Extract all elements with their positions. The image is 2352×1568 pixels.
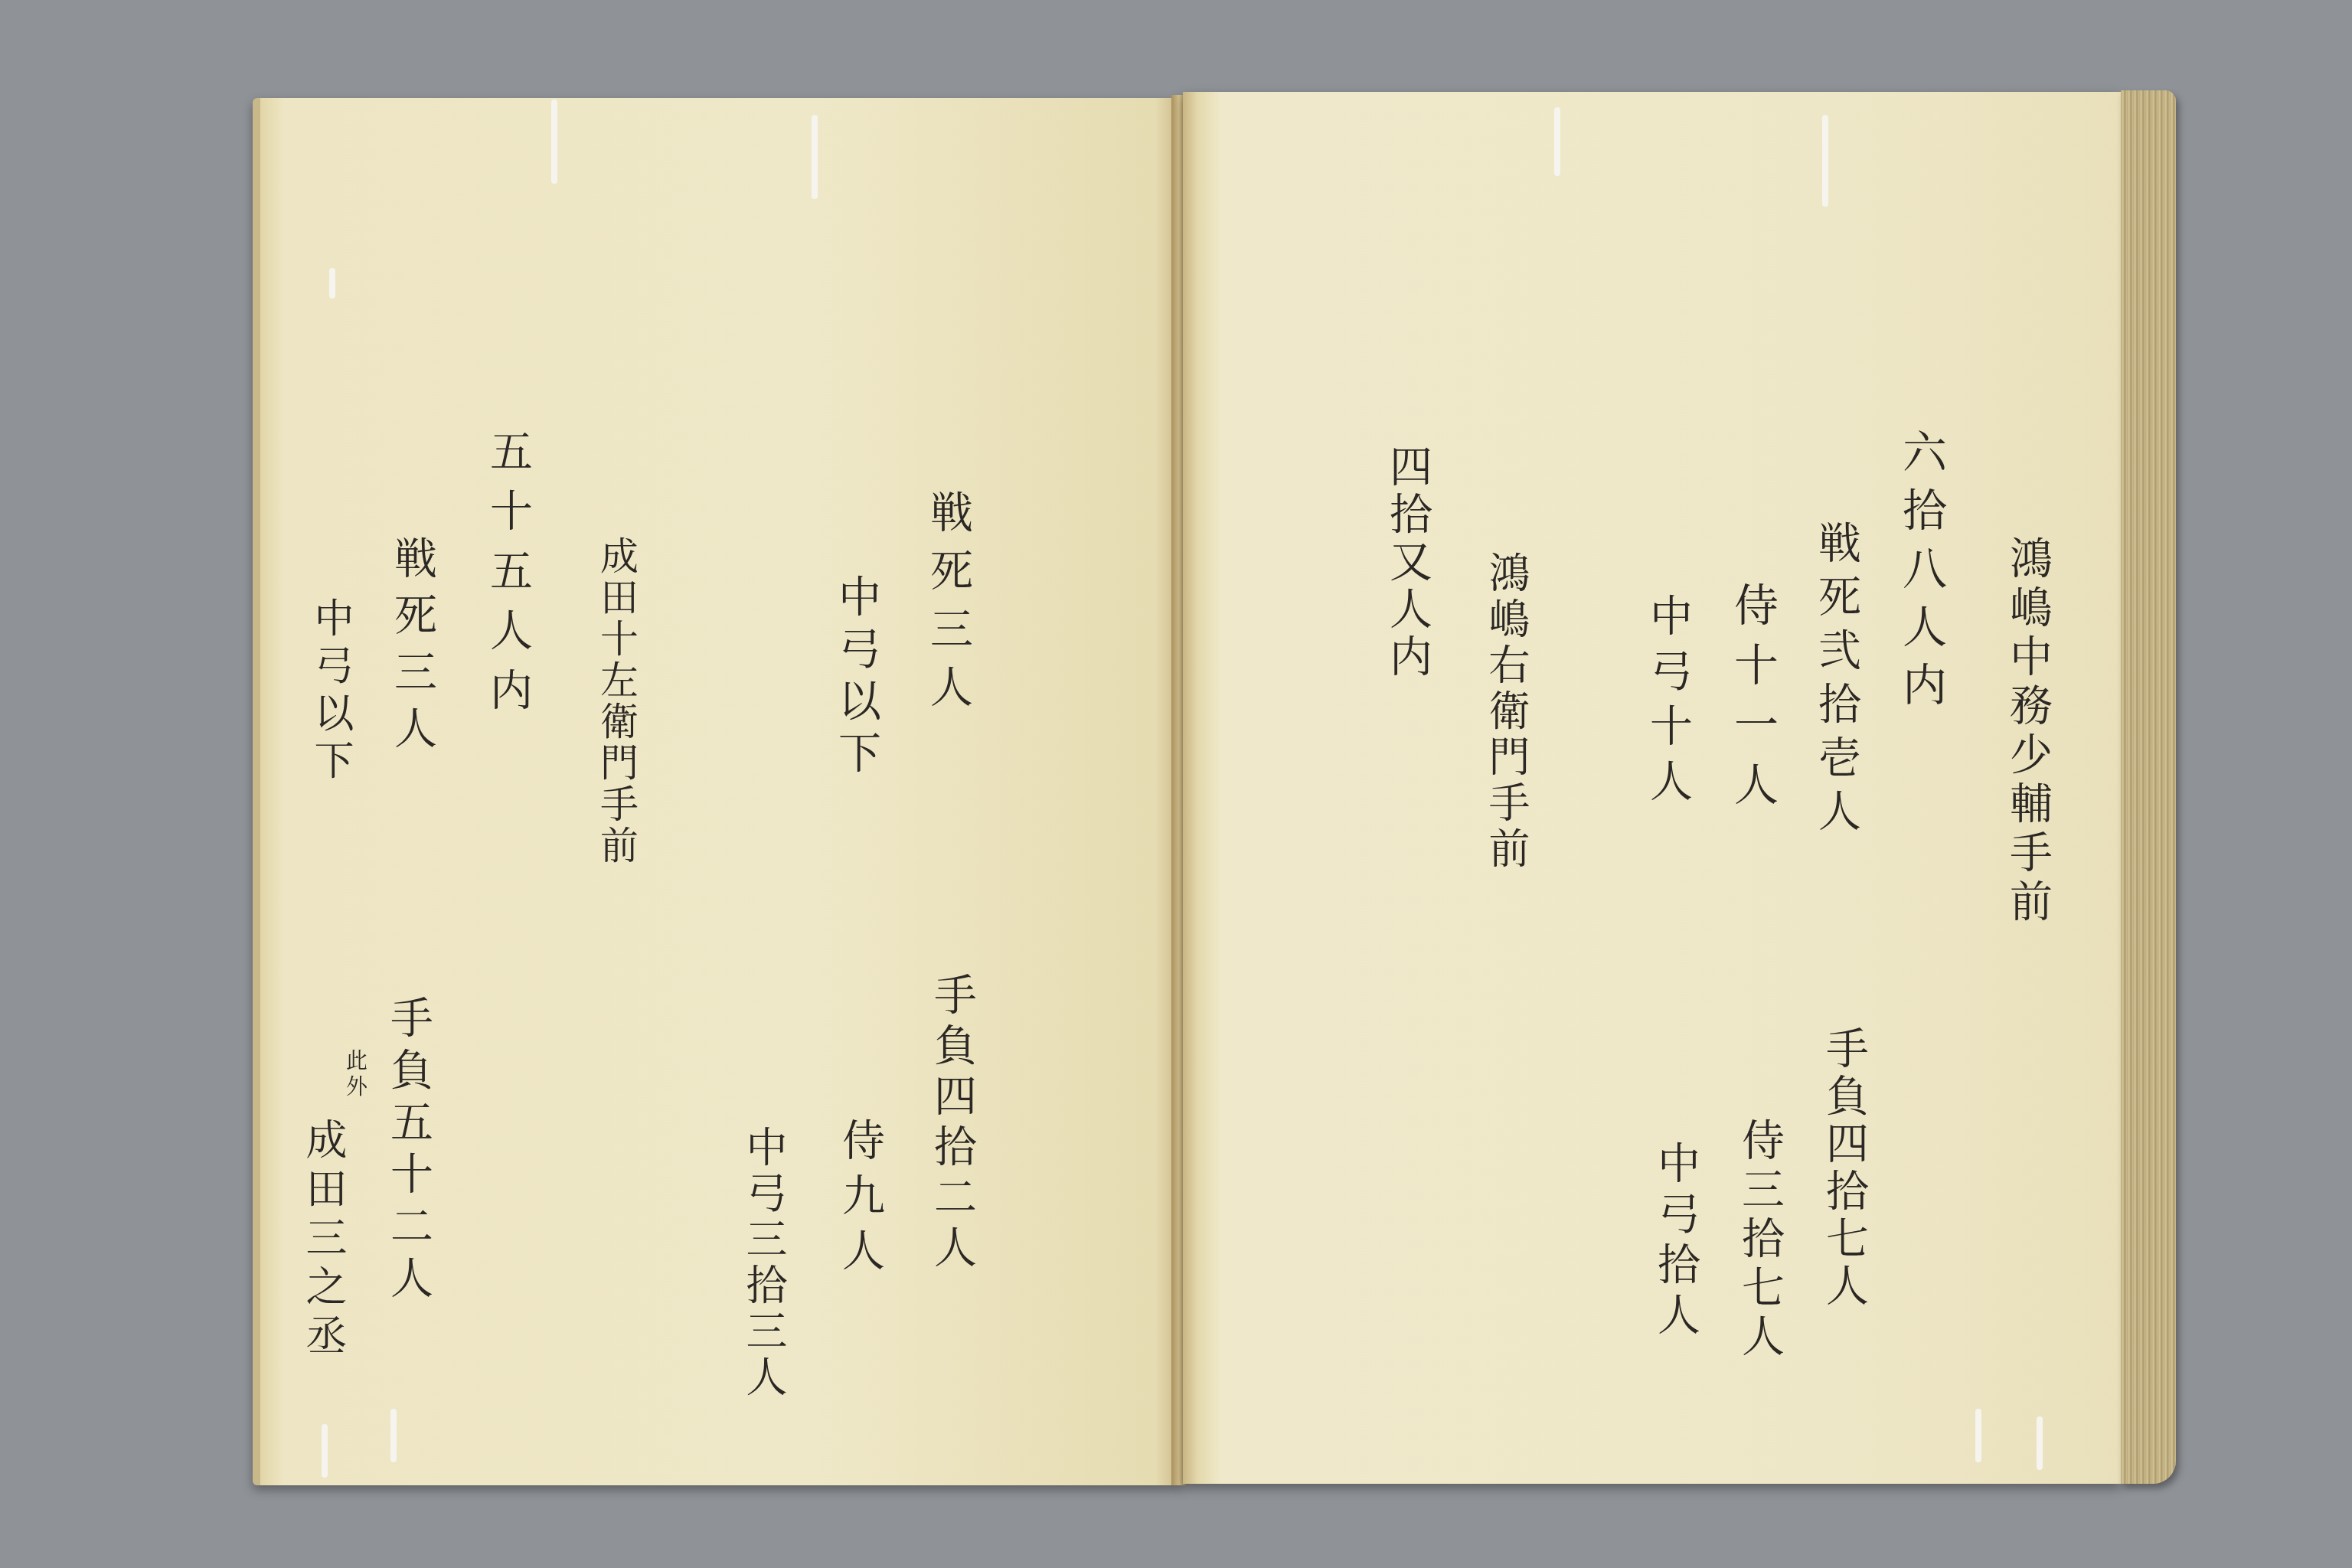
text-column: 戦死三人 (390, 536, 433, 763)
open-book: 鴻嶋中務少輔手前 六拾八人内 戦死弐拾壱人 侍十一人 中弓十人 鴻嶋右衛門手前 … (0, 0, 2352, 1568)
text-column: 戦死三人 (926, 490, 969, 723)
text-column-annotation: 此外 (345, 1049, 366, 1101)
binding-tear (812, 115, 818, 199)
text-column: 成田十左衛門手前 (597, 536, 635, 867)
page-stack-edge (2121, 90, 2176, 1484)
binding-tear (1822, 115, 1828, 207)
text-column: 成田三之丞 (302, 1118, 344, 1363)
text-column: 六拾八人内 (1899, 429, 1943, 720)
text-column: 侍三拾七人 (1738, 1118, 1781, 1363)
text-column: 手負四拾七人 (1822, 1026, 1865, 1311)
binding-tear (329, 268, 335, 299)
text-column: 侍九人 (838, 1118, 881, 1283)
text-column: 五十五人内 (486, 429, 529, 727)
text-column: 中弓以下 (310, 597, 350, 787)
binding-tear (1554, 107, 1560, 176)
text-column: 手負五十二人 (387, 995, 430, 1308)
text-column: 中弓以下 (835, 574, 877, 782)
binding-tear (390, 1409, 397, 1462)
binding-tear (551, 100, 557, 184)
text-column: 中弓十人 (1646, 593, 1689, 814)
text-column: 戦死弐拾壱人 (1815, 521, 1857, 842)
text-column: 中弓三拾三人 (743, 1125, 784, 1401)
binding-tear (2037, 1416, 2043, 1470)
binding-tear (322, 1424, 328, 1478)
binding-tear (1975, 1409, 1981, 1462)
text-column: 手負四拾二人 (930, 972, 973, 1276)
text-column: 中弓拾人 (1654, 1141, 1697, 1343)
text-column: 侍十一人 (1730, 582, 1775, 821)
text-column: 鴻嶋右衛門手前 (1485, 551, 1527, 873)
text-column: 四拾又人内 (1386, 444, 1429, 681)
text-column: 鴻嶋中務少輔手前 (2006, 536, 2049, 928)
